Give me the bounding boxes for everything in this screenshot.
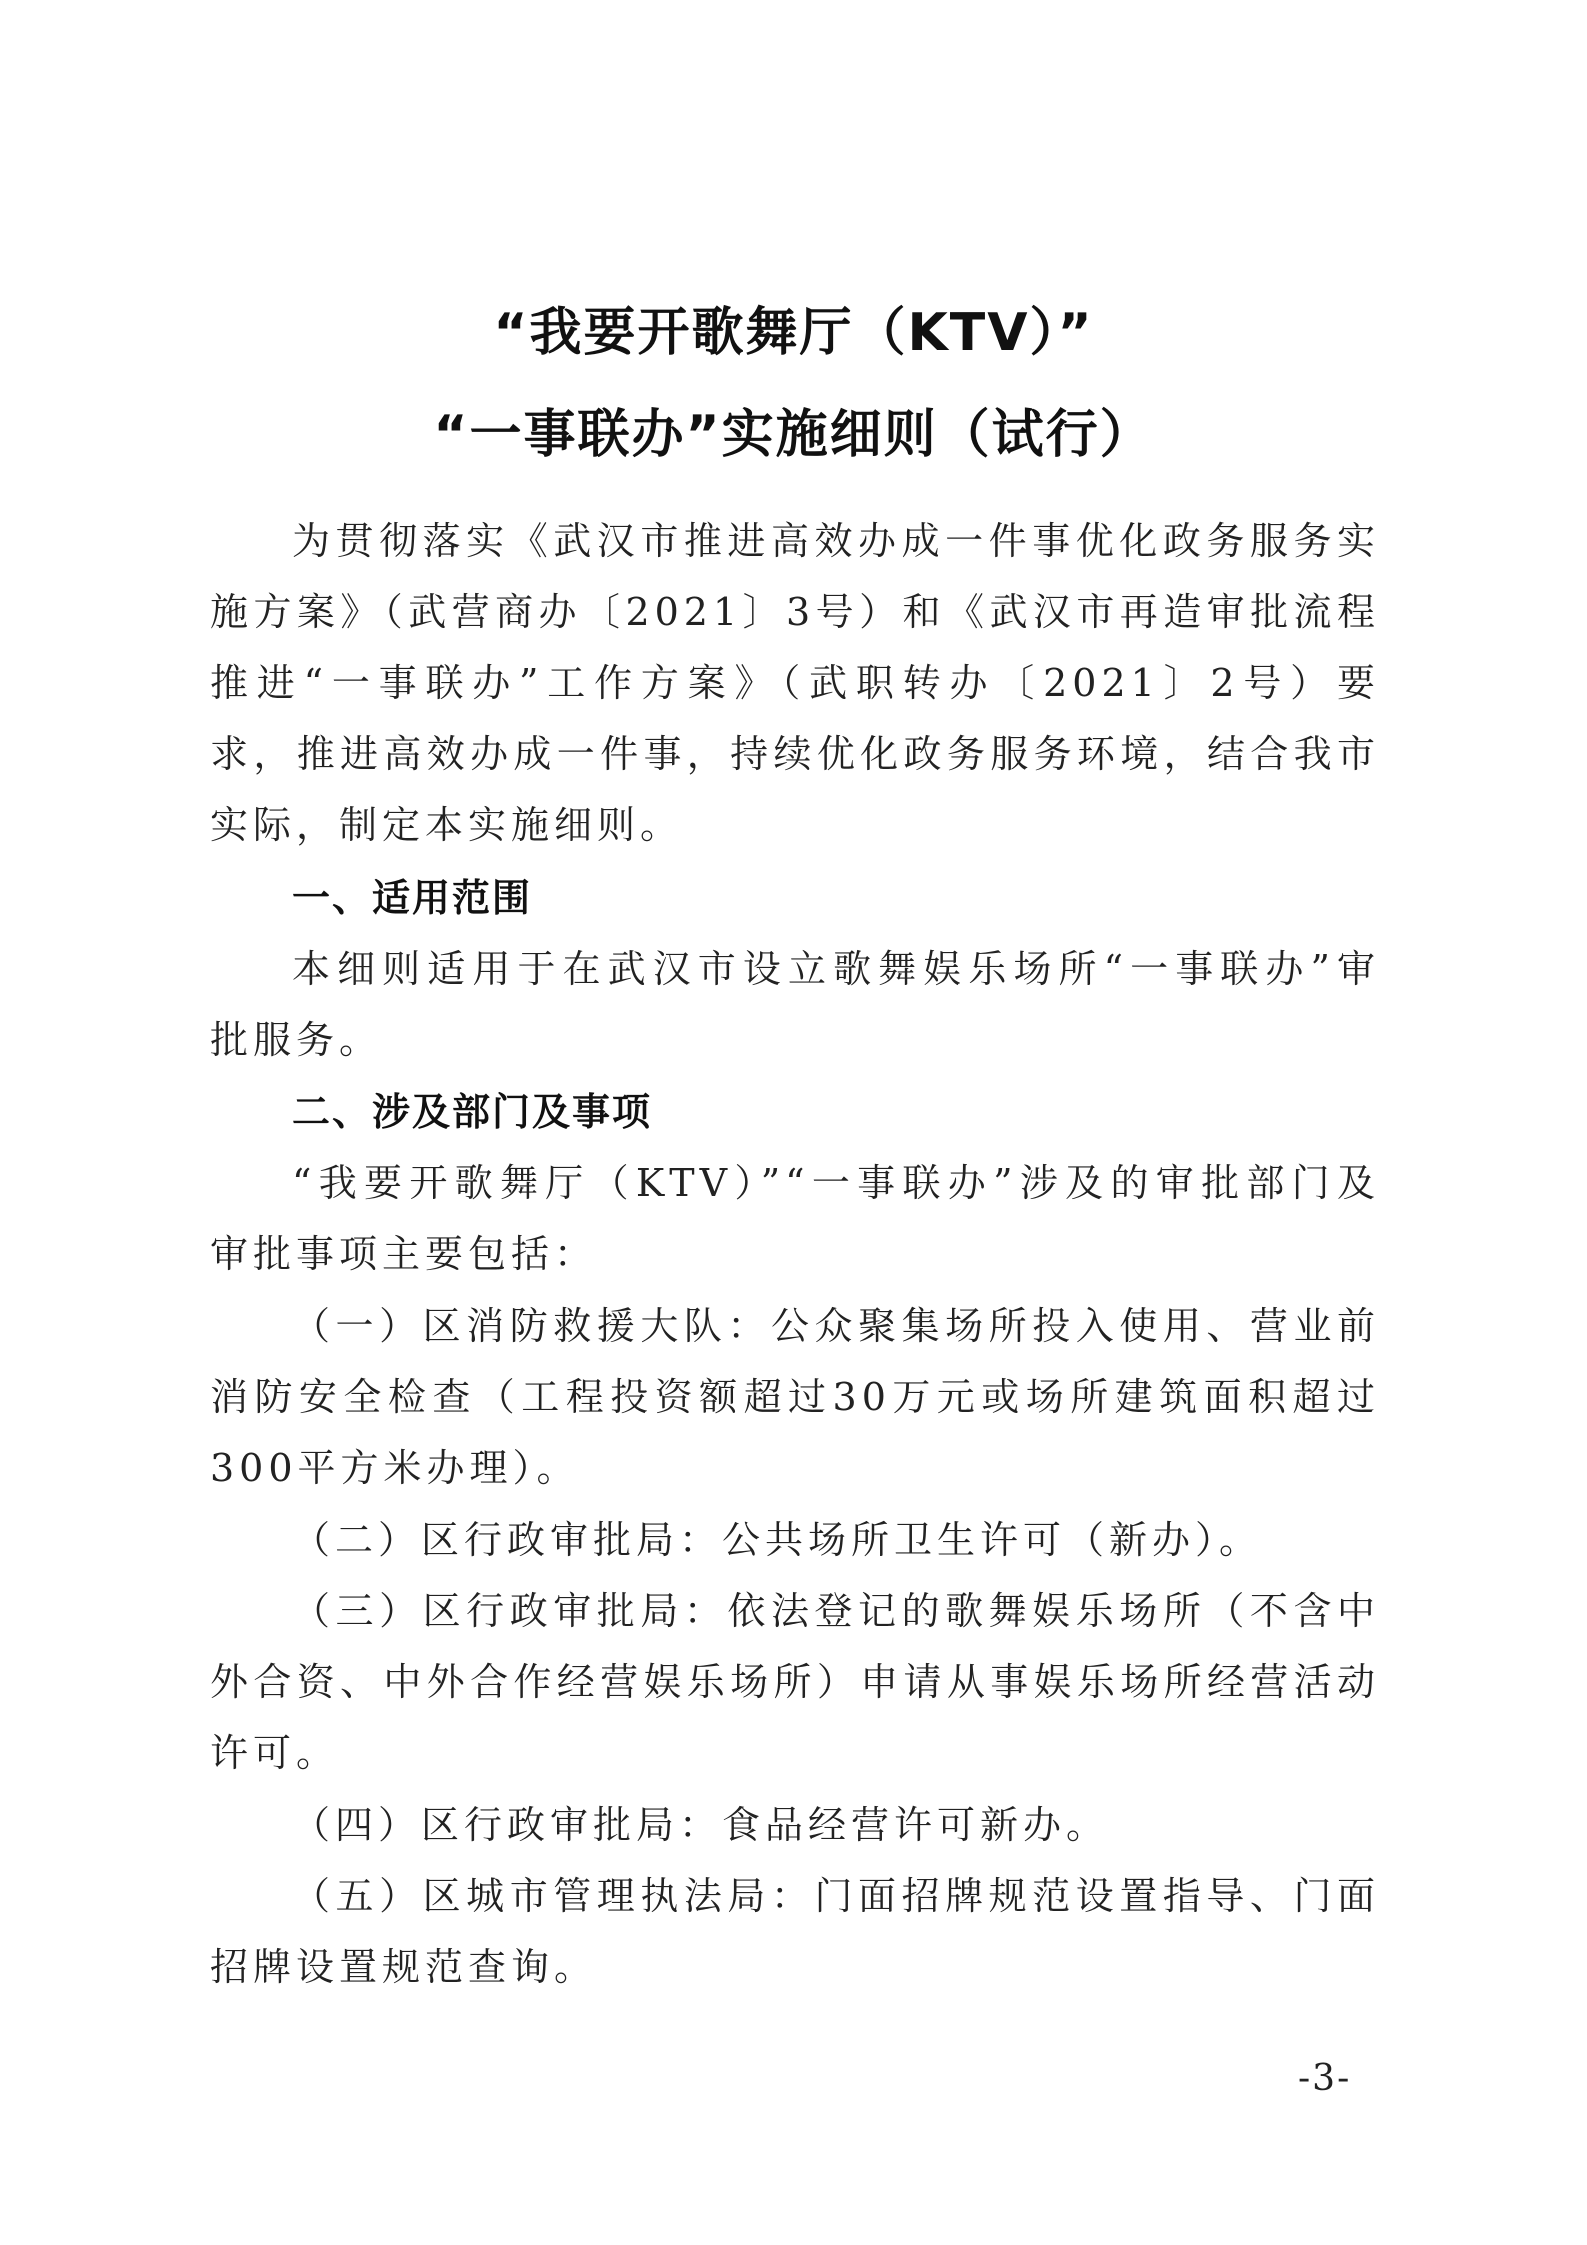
document-title-line-2: “一事联办”实施细则（试行） — [0, 392, 1587, 467]
list-item-line: 许可。 — [210, 1734, 1380, 1772]
list-item-line: 外合资、中外合作经营娱乐场所）申请从事娱乐场所经营活动 — [210, 1663, 1380, 1701]
section-heading-departments: 二、涉及部门及事项 — [292, 1093, 1462, 1131]
section-paragraph-line: 批服务。 — [210, 1021, 1380, 1059]
list-item-line: （二）区行政审批局：公共场所卫生许可（新办）。 — [292, 1521, 1462, 1559]
list-item-line: （一）区消防救援大队：公众聚集场所投入使用、营业前 — [292, 1307, 1380, 1345]
page-number: -3- — [1298, 2058, 1351, 2099]
list-item-line: （四）区行政审批局：食品经营许可新办。 — [292, 1806, 1462, 1844]
section-paragraph-line: 本细则适用于在武汉市设立歌舞娱乐场所“一事联办”审 — [292, 950, 1380, 988]
section-heading-scope: 一、适用范围 — [292, 879, 1462, 917]
list-item-line: （三）区行政审批局：依法登记的歌舞娱乐场所（不含中 — [292, 1592, 1380, 1630]
list-item-line: （五）区城市管理执法局：门面招牌规范设置指导、门面 — [292, 1877, 1380, 1915]
document-title-line-1: “我要开歌舞厅（KTV）” — [0, 290, 1587, 365]
intro-paragraph-line: 为贯彻落实《武汉市推进高效办成一件事优化政务服务实 — [292, 522, 1380, 560]
section-paragraph-line: 审批事项主要包括： — [210, 1235, 1380, 1273]
intro-paragraph-line: 推进“一事联办”工作方案》（武职转办〔2021〕2号）要 — [210, 664, 1380, 702]
intro-paragraph-line: 施方案》（武营商办〔2021〕3号）和《武汉市再造审批流程 — [210, 593, 1380, 631]
list-item-line: 招牌设置规范查询。 — [210, 1948, 1380, 1986]
intro-paragraph-line: 实际，制定本实施细则。 — [210, 806, 1380, 844]
list-item-line: 消防安全检查（工程投资额超过30万元或场所建筑面积超过 — [210, 1378, 1380, 1416]
document-page: “我要开歌舞厅（KTV）” “一事联办”实施细则（试行） 为贯彻落实《武汉市推进… — [0, 0, 1587, 2245]
section-paragraph-line: “我要开歌舞厅（KTV）”“一事联办”涉及的审批部门及 — [292, 1164, 1380, 1202]
list-item-line: 300平方米办理）。 — [210, 1449, 1380, 1487]
intro-paragraph-line: 求，推进高效办成一件事，持续优化政务服务环境，结合我市 — [210, 735, 1380, 773]
